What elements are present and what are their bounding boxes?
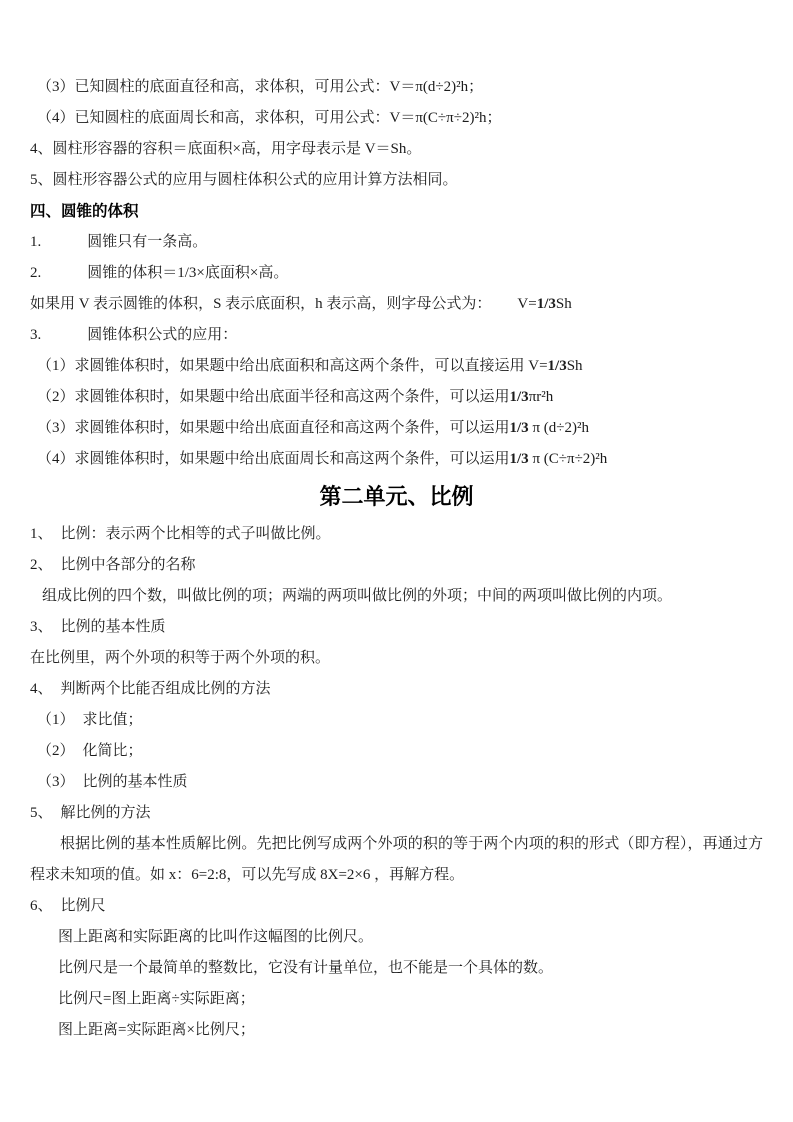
judge-method-1: （1）求比值；: [30, 705, 763, 736]
unit-heading-proportion: 第二单元、比例: [30, 475, 763, 519]
text-run: 2.: [30, 265, 41, 281]
text-run: 比例的基本性质: [61, 619, 166, 635]
tab-space: [41, 245, 87, 246]
text-run: 2、: [30, 557, 53, 573]
text-run: 根据比例的基本性质解比例。先把比例写成两个外项的积的等于两个内项的积的形式（即方…: [30, 836, 763, 883]
text-run: 3、: [30, 619, 53, 635]
text-run: 4、: [30, 681, 53, 697]
text-run: Sh: [567, 358, 583, 374]
bold-text-run: 1/3: [510, 420, 529, 436]
proportion-item-5: 5、解比例的方法: [30, 798, 763, 829]
text-run: 第二单元、比例: [319, 484, 473, 509]
text-run: 如果用 V 表示圆锥的体积，S 表示底面积，h 表示高，则字母公式为：: [30, 296, 491, 312]
text-run: πr²h: [529, 389, 554, 405]
scale-definition: 图上距离和实际距离的比叫作这幅图的比例尺。: [30, 922, 763, 953]
cone-application-3: （3）求圆锥体积时，如果题中给出底面直径和高这两个条件，可以运用1/3 π (d…: [30, 413, 763, 444]
text-run: （3）求圆锥体积时，如果题中给出底面直径和高这两个条件，可以运用: [37, 420, 510, 436]
text-run: 1.: [30, 234, 41, 250]
bold-text-run: 1/3: [510, 389, 529, 405]
cone-application-4: （4）求圆锥体积时，如果题中给出底面周长和高这两个条件，可以运用1/3 π (C…: [30, 444, 763, 475]
text-run: 四、圆锥的体积: [30, 203, 139, 220]
tab-space: [41, 338, 87, 339]
text-run: 图上距离=实际距离×比例尺；: [58, 1022, 255, 1038]
bold-text-run: 1/3: [537, 296, 556, 312]
proportion-basic-property: 在比例里，两个外项的积等于两个外项的积。: [30, 643, 763, 674]
text-run: 3.: [30, 327, 41, 343]
text-run: 化简比；: [83, 743, 143, 759]
text-run: 比例：表示两个比相等的式子叫做比例。: [61, 526, 331, 542]
proportion-item-1: 1、比例：表示两个比相等的式子叫做比例。: [30, 519, 763, 550]
text-run: π (d÷2)²h: [529, 420, 589, 436]
tab-space: [41, 276, 87, 277]
scale-formula-1: 比例尺=图上距离÷实际距离；: [30, 984, 763, 1015]
solve-proportion-paragraph: 根据比例的基本性质解比例。先把比例写成两个外项的积的等于两个内项的积的形式（即方…: [30, 829, 763, 891]
text-run: （2）: [37, 743, 75, 759]
tab-space: [53, 568, 61, 569]
text-run: 6、: [30, 898, 53, 914]
tab-space: [53, 630, 61, 631]
scale-formula-2: 图上距离=实际距离×比例尺；: [30, 1015, 763, 1046]
text-run: 求比值；: [83, 712, 143, 728]
document-body: （3）已知圆柱的底面直径和高，求体积，可用公式：V＝π(d÷2)²h；（4）已知…: [30, 72, 763, 1046]
text-run: （1）: [37, 712, 75, 728]
item-container-application: 5、圆柱形容器公式的应用与圆柱体积公式的应用计算方法相同。: [30, 165, 763, 196]
text-run: （4）求圆锥体积时，如果题中给出底面周长和高这两个条件，可以运用: [37, 451, 510, 467]
proportion-terms-note: 组成比例的四个数，叫做比例的项；两端的两项叫做比例的外项；中间的两项叫做比例的内…: [30, 581, 763, 612]
text-run: 4、圆柱形容器的容积＝底面积×高，用字母表示是 V＝Sh。: [30, 141, 421, 157]
formula-cylinder-diameter: （3）已知圆柱的底面直径和高，求体积，可用公式：V＝π(d÷2)²h；: [30, 72, 763, 103]
text-run: π (C÷π÷2)²h: [529, 451, 608, 467]
text-run: 5、: [30, 805, 53, 821]
text-run: 组成比例的四个数，叫做比例的项；两端的两项叫做比例的外项；中间的两项叫做比例的内…: [42, 588, 672, 604]
text-run: 判断两个比能否组成比例的方法: [61, 681, 271, 697]
text-run: 圆锥的体积＝1/3×底面积×高。: [87, 265, 288, 281]
formula-cylinder-circumference: （4）已知圆柱的底面周长和高，求体积，可用公式：V＝π(C÷π÷2)²h；: [30, 103, 763, 134]
tab-space: [75, 723, 83, 724]
cone-application-2: （2）求圆锥体积时，如果题中给出底面半径和高这两个条件，可以运用1/3πr²h: [30, 382, 763, 413]
tab-space: [75, 785, 83, 786]
proportion-item-4: 4、判断两个比能否组成比例的方法: [30, 674, 763, 705]
cone-item-3: 3.圆锥体积公式的应用：: [30, 320, 763, 351]
text-run: （2）求圆锥体积时，如果题中给出底面半径和高这两个条件，可以运用: [37, 389, 510, 405]
text-run: 比例尺: [61, 898, 106, 914]
text-run: 1、: [30, 526, 53, 542]
text-run: 比例尺是一个最简单的整数比，它没有计量单位，也不能是一个具体的数。: [58, 960, 553, 976]
text-run: 解比例的方法: [61, 805, 151, 821]
bold-text-run: 1/3: [548, 358, 567, 374]
text-run: （4）已知圆柱的底面周长和高，求体积，可用公式：V＝π(C÷π÷2)²h；: [37, 110, 501, 126]
tab-space: [53, 692, 61, 693]
text-run: （1）求圆锥体积时，如果题中给出底面积和高这两个条件，可以直接运用 V=: [37, 358, 548, 374]
cone-item-2: 2.圆锥的体积＝1/3×底面积×高。: [30, 258, 763, 289]
scale-note: 比例尺是一个最简单的整数比，它没有计量单位，也不能是一个具体的数。: [30, 953, 763, 984]
cone-letter-formula: 如果用 V 表示圆锥的体积，S 表示底面积，h 表示高，则字母公式为：V=1/3…: [30, 289, 763, 320]
judge-method-3: （3）比例的基本性质: [30, 767, 763, 798]
tab-space: [491, 307, 517, 308]
proportion-item-2: 2、比例中各部分的名称: [30, 550, 763, 581]
text-run: 比例尺=图上距离÷实际距离；: [58, 991, 255, 1007]
text-run: 在比例里，两个外项的积等于两个外项的积。: [30, 650, 330, 666]
item-container-volume: 4、圆柱形容器的容积＝底面积×高，用字母表示是 V＝Sh。: [30, 134, 763, 165]
text-run: 圆锥只有一条高。: [87, 234, 207, 250]
bold-text-run: 1/3: [510, 451, 529, 467]
document-page: （3）已知圆柱的底面直径和高，求体积，可用公式：V＝π(d÷2)²h；（4）已知…: [0, 0, 793, 1122]
judge-method-2: （2）化简比；: [30, 736, 763, 767]
text-run: 圆锥体积公式的应用：: [87, 327, 237, 343]
tab-space: [53, 816, 61, 817]
proportion-item-3: 3、比例的基本性质: [30, 612, 763, 643]
text-run: V=: [517, 296, 536, 312]
text-run: 图上距离和实际距离的比叫作这幅图的比例尺。: [58, 929, 373, 945]
text-run: （3）已知圆柱的底面直径和高，求体积，可用公式：V＝π(d÷2)²h；: [37, 79, 483, 95]
tab-space: [75, 754, 83, 755]
text-run: 比例中各部分的名称: [61, 557, 196, 573]
section-heading-cone-volume: 四、圆锥的体积: [30, 196, 763, 227]
proportion-item-6: 6、比例尺: [30, 891, 763, 922]
text-run: （3）: [37, 774, 75, 790]
tab-space: [53, 909, 61, 910]
cone-application-1: （1）求圆锥体积时，如果题中给出底面积和高这两个条件，可以直接运用 V=1/3S…: [30, 351, 763, 382]
text-run: 比例的基本性质: [83, 774, 188, 790]
text-run: Sh: [556, 296, 572, 312]
text-run: 5、圆柱形容器公式的应用与圆柱体积公式的应用计算方法相同。: [30, 172, 458, 188]
tab-space: [53, 537, 61, 538]
cone-item-1: 1.圆锥只有一条高。: [30, 227, 763, 258]
